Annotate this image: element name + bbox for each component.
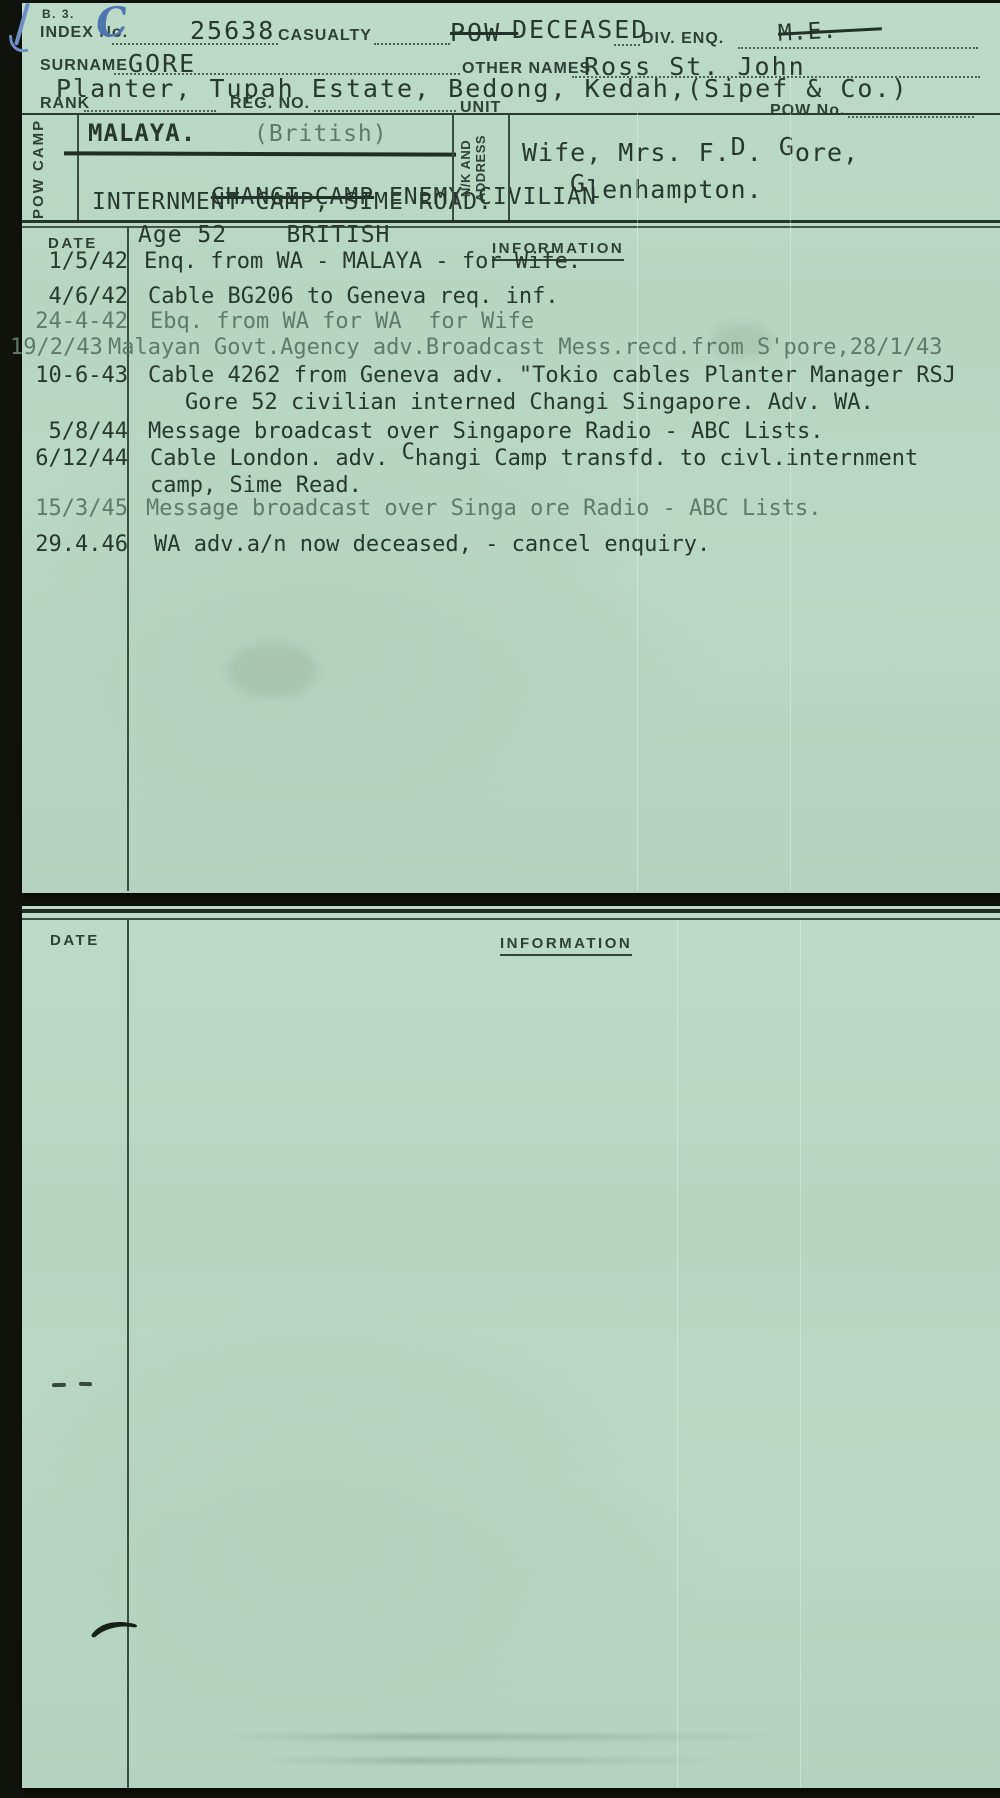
bleedthrough-smudge	[222, 1734, 782, 1740]
row-date: 5/8/44	[22, 420, 128, 444]
row-info-line: Message broadcast over Singapore Radio -…	[148, 420, 824, 444]
div-enq-label: DIV. ENQ.	[642, 30, 724, 48]
row-date: 10-6-43	[22, 364, 128, 388]
row-date: 19/2/43	[10, 336, 103, 360]
casualty-label: CASUALTY	[278, 27, 372, 45]
pow-camp-line2: INTERNMENT CAMP, SIME ROAD.	[92, 190, 493, 215]
scanned-document: B. 3. INDEX No. C 25638 CASUALTY POW- DE…	[0, 0, 1000, 1798]
row-date: 24-4-42	[22, 310, 128, 334]
nok-line2: Glenhampton.	[570, 176, 763, 204]
row-info-line: Message broadcast over Singa ore Radio -…	[146, 497, 822, 521]
section-rule	[22, 909, 1000, 913]
row-info-line: Enq. from WA - MALAYA - for Wife.	[144, 250, 581, 274]
paper-crease	[790, 63, 791, 891]
row-info-line: WA adv.a/n now deceased, - cancel enquir…	[154, 533, 710, 557]
pen-slash-mark	[8, 2, 38, 54]
form-code-label: B. 3.	[42, 7, 75, 21]
bleedthrough-smudge	[262, 1758, 722, 1763]
section-rule	[22, 918, 1000, 920]
row-date: 1/5/42	[22, 250, 128, 274]
dotted-rule	[84, 110, 216, 112]
dotted-rule	[614, 44, 640, 46]
dotted-rule	[314, 110, 456, 112]
row-date: 15/3/45	[22, 497, 128, 521]
row-info-line: Cable 4262 from Geneva adv. "Tokio cable…	[148, 364, 956, 388]
pow-camp-country: MALAYA.	[88, 120, 196, 146]
row-info-line: Gore 52 civilian interned Changi Singapo…	[185, 391, 874, 415]
pencil-dash-mark	[79, 1382, 92, 1386]
index-no-handwritten-value: C	[94, 0, 131, 48]
casualty-value: DECEASED	[512, 16, 648, 44]
age-nationality: Age 52 BRITISH	[138, 223, 390, 248]
information-header: INFORMATION	[500, 935, 632, 956]
paper-stain	[227, 643, 317, 698]
card-back: DATE INFORMATION	[22, 906, 1000, 1788]
row-info-line: Cable London. adv. Changi Camp transfd. …	[150, 447, 918, 471]
row-info-line: camp, Sime Read.	[150, 474, 362, 498]
div-enq-struck-value: M.E. --	[777, 16, 882, 47]
section-divider	[77, 115, 79, 222]
table-divider	[127, 920, 129, 1788]
row-date: 6/12/44	[22, 447, 128, 471]
pencil-dash-mark	[52, 1383, 66, 1387]
paper-crease	[677, 920, 678, 1788]
paper-crease	[637, 113, 638, 891]
pow-camp-nationality: (British)	[254, 122, 388, 147]
row-info-line: Ebq. from WA for WA for Wife	[150, 310, 534, 334]
section-divider	[452, 115, 454, 222]
pow-camp-vertical-label: POW CAMP	[30, 115, 47, 222]
nok-label-line2: ADDRESS	[473, 115, 488, 222]
row-date: 29.4.46	[22, 533, 128, 557]
dotted-rule	[374, 43, 450, 45]
paper-stain	[712, 323, 772, 358]
reg-no-label: REG. NO.	[230, 95, 310, 113]
rank-typed-value: Planter, Tupah Estate, Bedong, Kedah,(Si…	[56, 76, 909, 101]
pow-camp-section: POW CAMP MALAYA. (British) CHANGI CAMP E…	[22, 113, 1000, 222]
row-info-line: Cable BG206 to Geneva req. inf.	[148, 285, 559, 309]
card-front: B. 3. INDEX No. C 25638 CASUALTY POW- DE…	[22, 3, 1000, 893]
heavy-underline	[64, 151, 456, 156]
nok-line1: Wife, Mrs. F.D. Gore,	[522, 139, 859, 167]
ink-mark	[90, 1612, 142, 1642]
casualty-struck-value: POW-	[450, 19, 518, 47]
section-divider	[508, 115, 510, 222]
dotted-rule	[738, 47, 978, 49]
date-header: DATE	[50, 932, 100, 949]
nok-vertical-label: N/K AND ADDRESS	[458, 115, 488, 222]
nok-label-line1: N/K AND	[458, 115, 473, 222]
index-no-value: 25638	[190, 17, 275, 45]
paper-crease	[800, 920, 801, 1788]
row-info-line: Malayan Govt.Agency adv.Broadcast Mess.r…	[108, 336, 942, 360]
rank-label: RANK	[40, 95, 90, 113]
row-date: 4/6/42	[22, 285, 128, 309]
